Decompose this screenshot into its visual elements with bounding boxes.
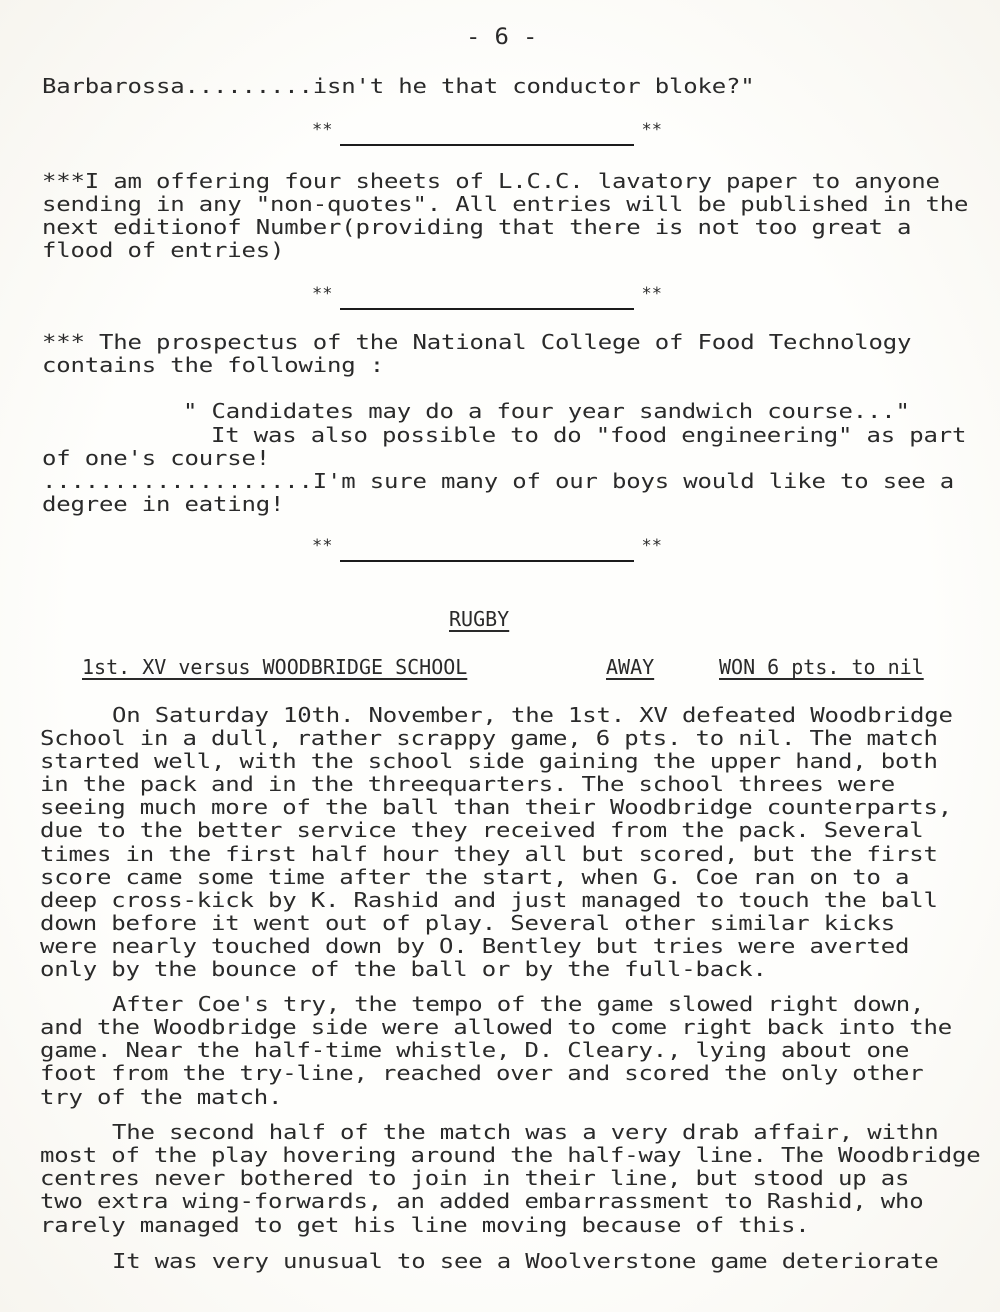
separator-stars-left: ** — [312, 120, 332, 140]
section-separator: ** ** — [312, 536, 662, 566]
text-line: were nearly touched down by O. Bentley b… — [40, 935, 909, 958]
text-line: flood of entries) — [42, 239, 284, 262]
match-fixture: 1st. XV versus WOODBRIDGE SCHOOL — [82, 655, 467, 679]
text-line: seeing much more of the ball than their … — [40, 796, 952, 819]
text-line: After Coe's try, the tempo of the game s… — [112, 993, 924, 1016]
page-number: - 6 - — [466, 26, 537, 49]
typewritten-page: - 6 - Barbarossa.........isn't he that c… — [0, 0, 1000, 1312]
separator-rule — [340, 144, 634, 146]
text-line: most of the play hovering around the hal… — [40, 1144, 981, 1167]
separator-rule — [340, 560, 634, 562]
text-line: School in a dull, rather scrappy game, 6… — [40, 727, 938, 750]
section-separator: ** ** — [312, 120, 662, 150]
text-line: contains the following : — [42, 354, 384, 377]
text-line: started well, with the school side gaini… — [40, 750, 938, 773]
text-line: due to the better service they received … — [40, 819, 924, 842]
separator-stars-right: ** — [642, 284, 662, 304]
quote-line: " Candidates may do a four year sandwich… — [183, 400, 910, 423]
text-line: deep cross-kick by K. Rashid and just ma… — [40, 889, 938, 912]
text-line: in the pack and in the threequarters. Th… — [40, 773, 895, 796]
text-line: It was very unusual to see a Woolverston… — [112, 1250, 939, 1273]
text-line: game. Near the half-time whistle, D. Cle… — [40, 1039, 909, 1062]
text-line: score came some time after the start, wh… — [40, 866, 909, 889]
text-line: degree in eating! — [42, 493, 284, 516]
match-venue: AWAY — [606, 655, 654, 679]
text-line: two extra wing-forwards, an added embarr… — [40, 1190, 924, 1213]
text-line: On Saturday 10th. November, the 1st. XV … — [112, 704, 953, 727]
text-line: only by the bounce of the ball or by the… — [40, 958, 767, 981]
text-line: and the Woodbridge side were allowed to … — [40, 1016, 952, 1039]
text-line: The second half of the match was a very … — [112, 1121, 939, 1144]
text-line: rarely managed to get his line moving be… — [40, 1214, 810, 1237]
separator-stars-left: ** — [312, 536, 332, 556]
opening-line: Barbarossa.........isn't he that conduct… — [42, 75, 755, 98]
text-line: ***I am offering four sheets of L.C.C. l… — [42, 170, 940, 193]
text-line: *** The prospectus of the National Colle… — [42, 331, 911, 354]
separator-stars-left: ** — [312, 284, 332, 304]
text-line: ...................I'm sure many of our … — [42, 470, 954, 493]
text-line: next editionof Number(providing that the… — [42, 216, 911, 239]
separator-stars-right: ** — [642, 120, 662, 140]
text-line: sending in any "non-quotes". All entries… — [42, 193, 968, 216]
separator-rule — [340, 308, 634, 310]
text-line: try of the match. — [40, 1086, 282, 1109]
section-separator: ** ** — [312, 284, 662, 314]
section-heading-rugby: RUGBY — [449, 607, 509, 631]
text-line: times in the first half hour they all bu… — [40, 843, 938, 866]
text-line: foot from the try-line, reached over and… — [40, 1062, 924, 1085]
text-line: down before it went out of play. Several… — [40, 912, 895, 935]
text-line: It was also possible to do "food enginee… — [211, 424, 966, 447]
text-line: of one's course! — [42, 447, 270, 470]
match-result: WON 6 pts. to nil — [719, 655, 924, 679]
separator-stars-right: ** — [642, 536, 662, 556]
text-line: centres never bothered to join in their … — [40, 1167, 909, 1190]
